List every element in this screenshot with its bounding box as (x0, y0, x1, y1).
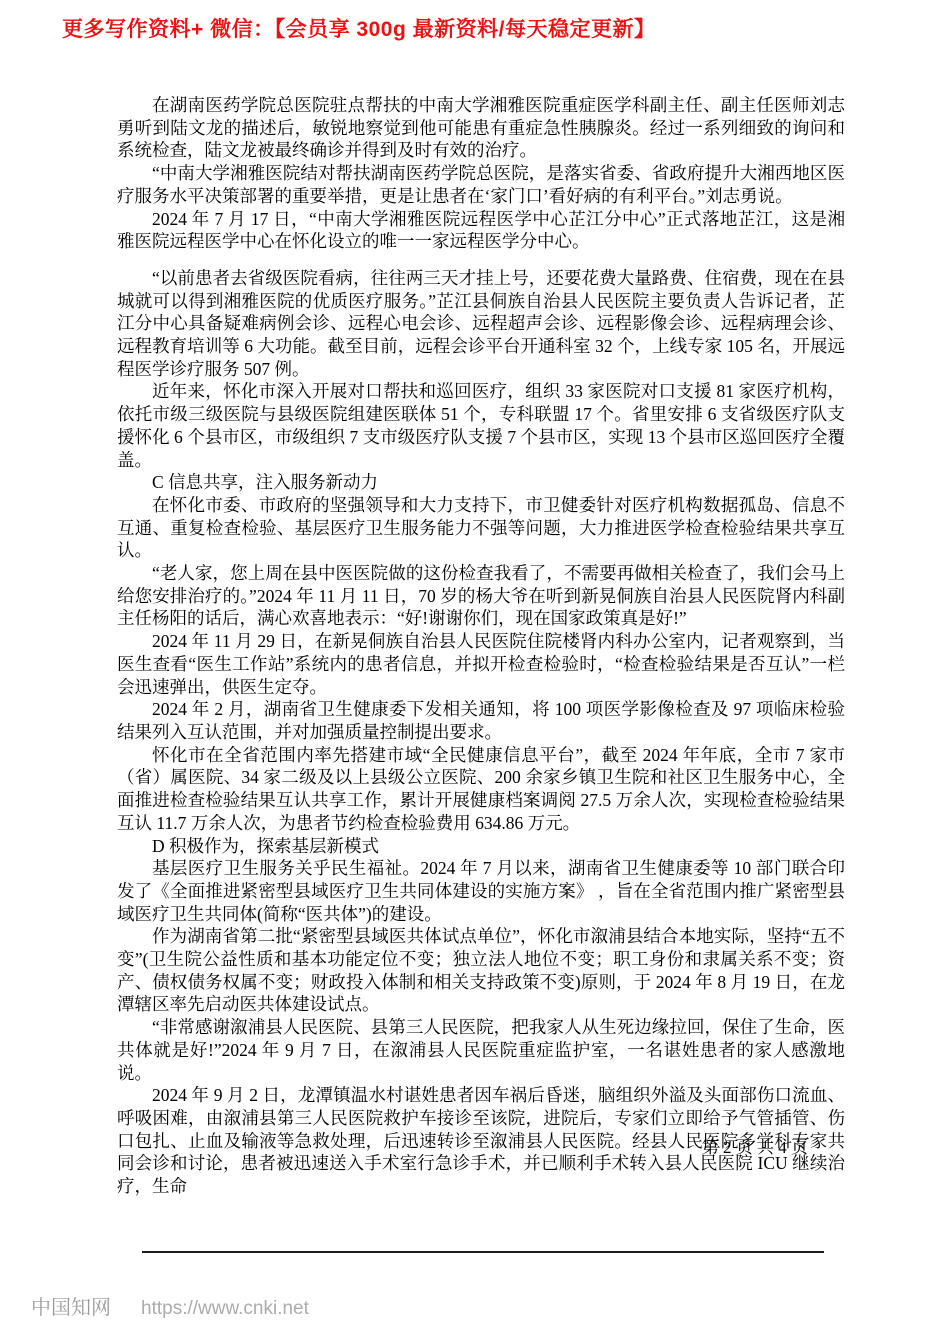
cnki-logo-text: 中国知网 (31, 1297, 111, 1319)
paragraph: “老人家，您上周在县中医医院做的这份检查我看了，不需要再做相关检查了，我们会马上… (117, 562, 845, 630)
section-heading: D 积极作为，探索基层新模式 (117, 835, 845, 858)
paragraph: 2024 年 2 月，湖南省卫生健康委下发相关通知，将 100 项医学影像检查及… (117, 698, 845, 743)
page-number: 第 2 页 共 4 页 (117, 1133, 808, 1158)
paragraph: 在湖南医药学院总医院驻点帮扶的中南大学湘雅医院重症医学科副主任、副主任医师刘志勇… (117, 94, 845, 162)
paragraph: 基层医疗卫生服务关乎民生福祉。2024 年 7 月以来，湖南省卫生健康委等 10… (117, 857, 845, 925)
paragraph: “中南大学湘雅医院结对帮扶湖南医药学院总医院，是落实省委、省政府提升大湘西地区医… (117, 162, 845, 207)
footer-divider (142, 1251, 824, 1253)
document-body: 在湖南医药学院总医院驻点帮扶的中南大学湘雅医院重症医学科副主任、副主任医师刘志勇… (117, 94, 845, 1198)
cnki-url-link[interactable]: https://www.cnki.net (141, 1298, 309, 1319)
paragraph: 在怀化市委、市政府的坚强领导和大力支持下，市卫健委针对医疗机构数据孤岛、信息不互… (117, 494, 845, 562)
cnki-watermark: 中国知网https://www.cnki.net (31, 1291, 309, 1320)
paragraph: 2024 年 11 月 29 日，在新晃侗族自治县人民医院住院楼肾内科办公室内，… (117, 630, 845, 698)
paragraph: 作为湖南省第二批“紧密型县域医共体试点单位”，怀化市溆浦县结合本地实际，坚持“五… (117, 925, 845, 1016)
paragraph: “以前患者去省级医院看病，往往两三天才挂上号，还要花费大量路费、住宿费，现在在县… (117, 267, 845, 381)
paragraph: 近年来，怀化市深入开展对口帮扶和巡回医疗，组织 33 家医院对口支援 81 家医… (117, 380, 845, 471)
paragraph: 怀化市在全省范围内率先搭建市域“全民健康信息平台”，截至 2024 年年底，全市… (117, 744, 845, 835)
section-heading: C 信息共享，注入服务新动力 (117, 471, 845, 494)
promo-header-text: 更多写作资料+ 微信：【会员享 300g 最新资料/每天稳定更新】 (62, 13, 655, 43)
paragraph: “非常感谢溆浦县人民医院、县第三人民医院，把我家人从生死边缘拉回，保住了生命，医… (117, 1016, 845, 1084)
paragraph: 2024 年 7 月 17 日，“中南大学湘雅医院远程医学中心芷江分中心”正式落… (117, 208, 845, 253)
